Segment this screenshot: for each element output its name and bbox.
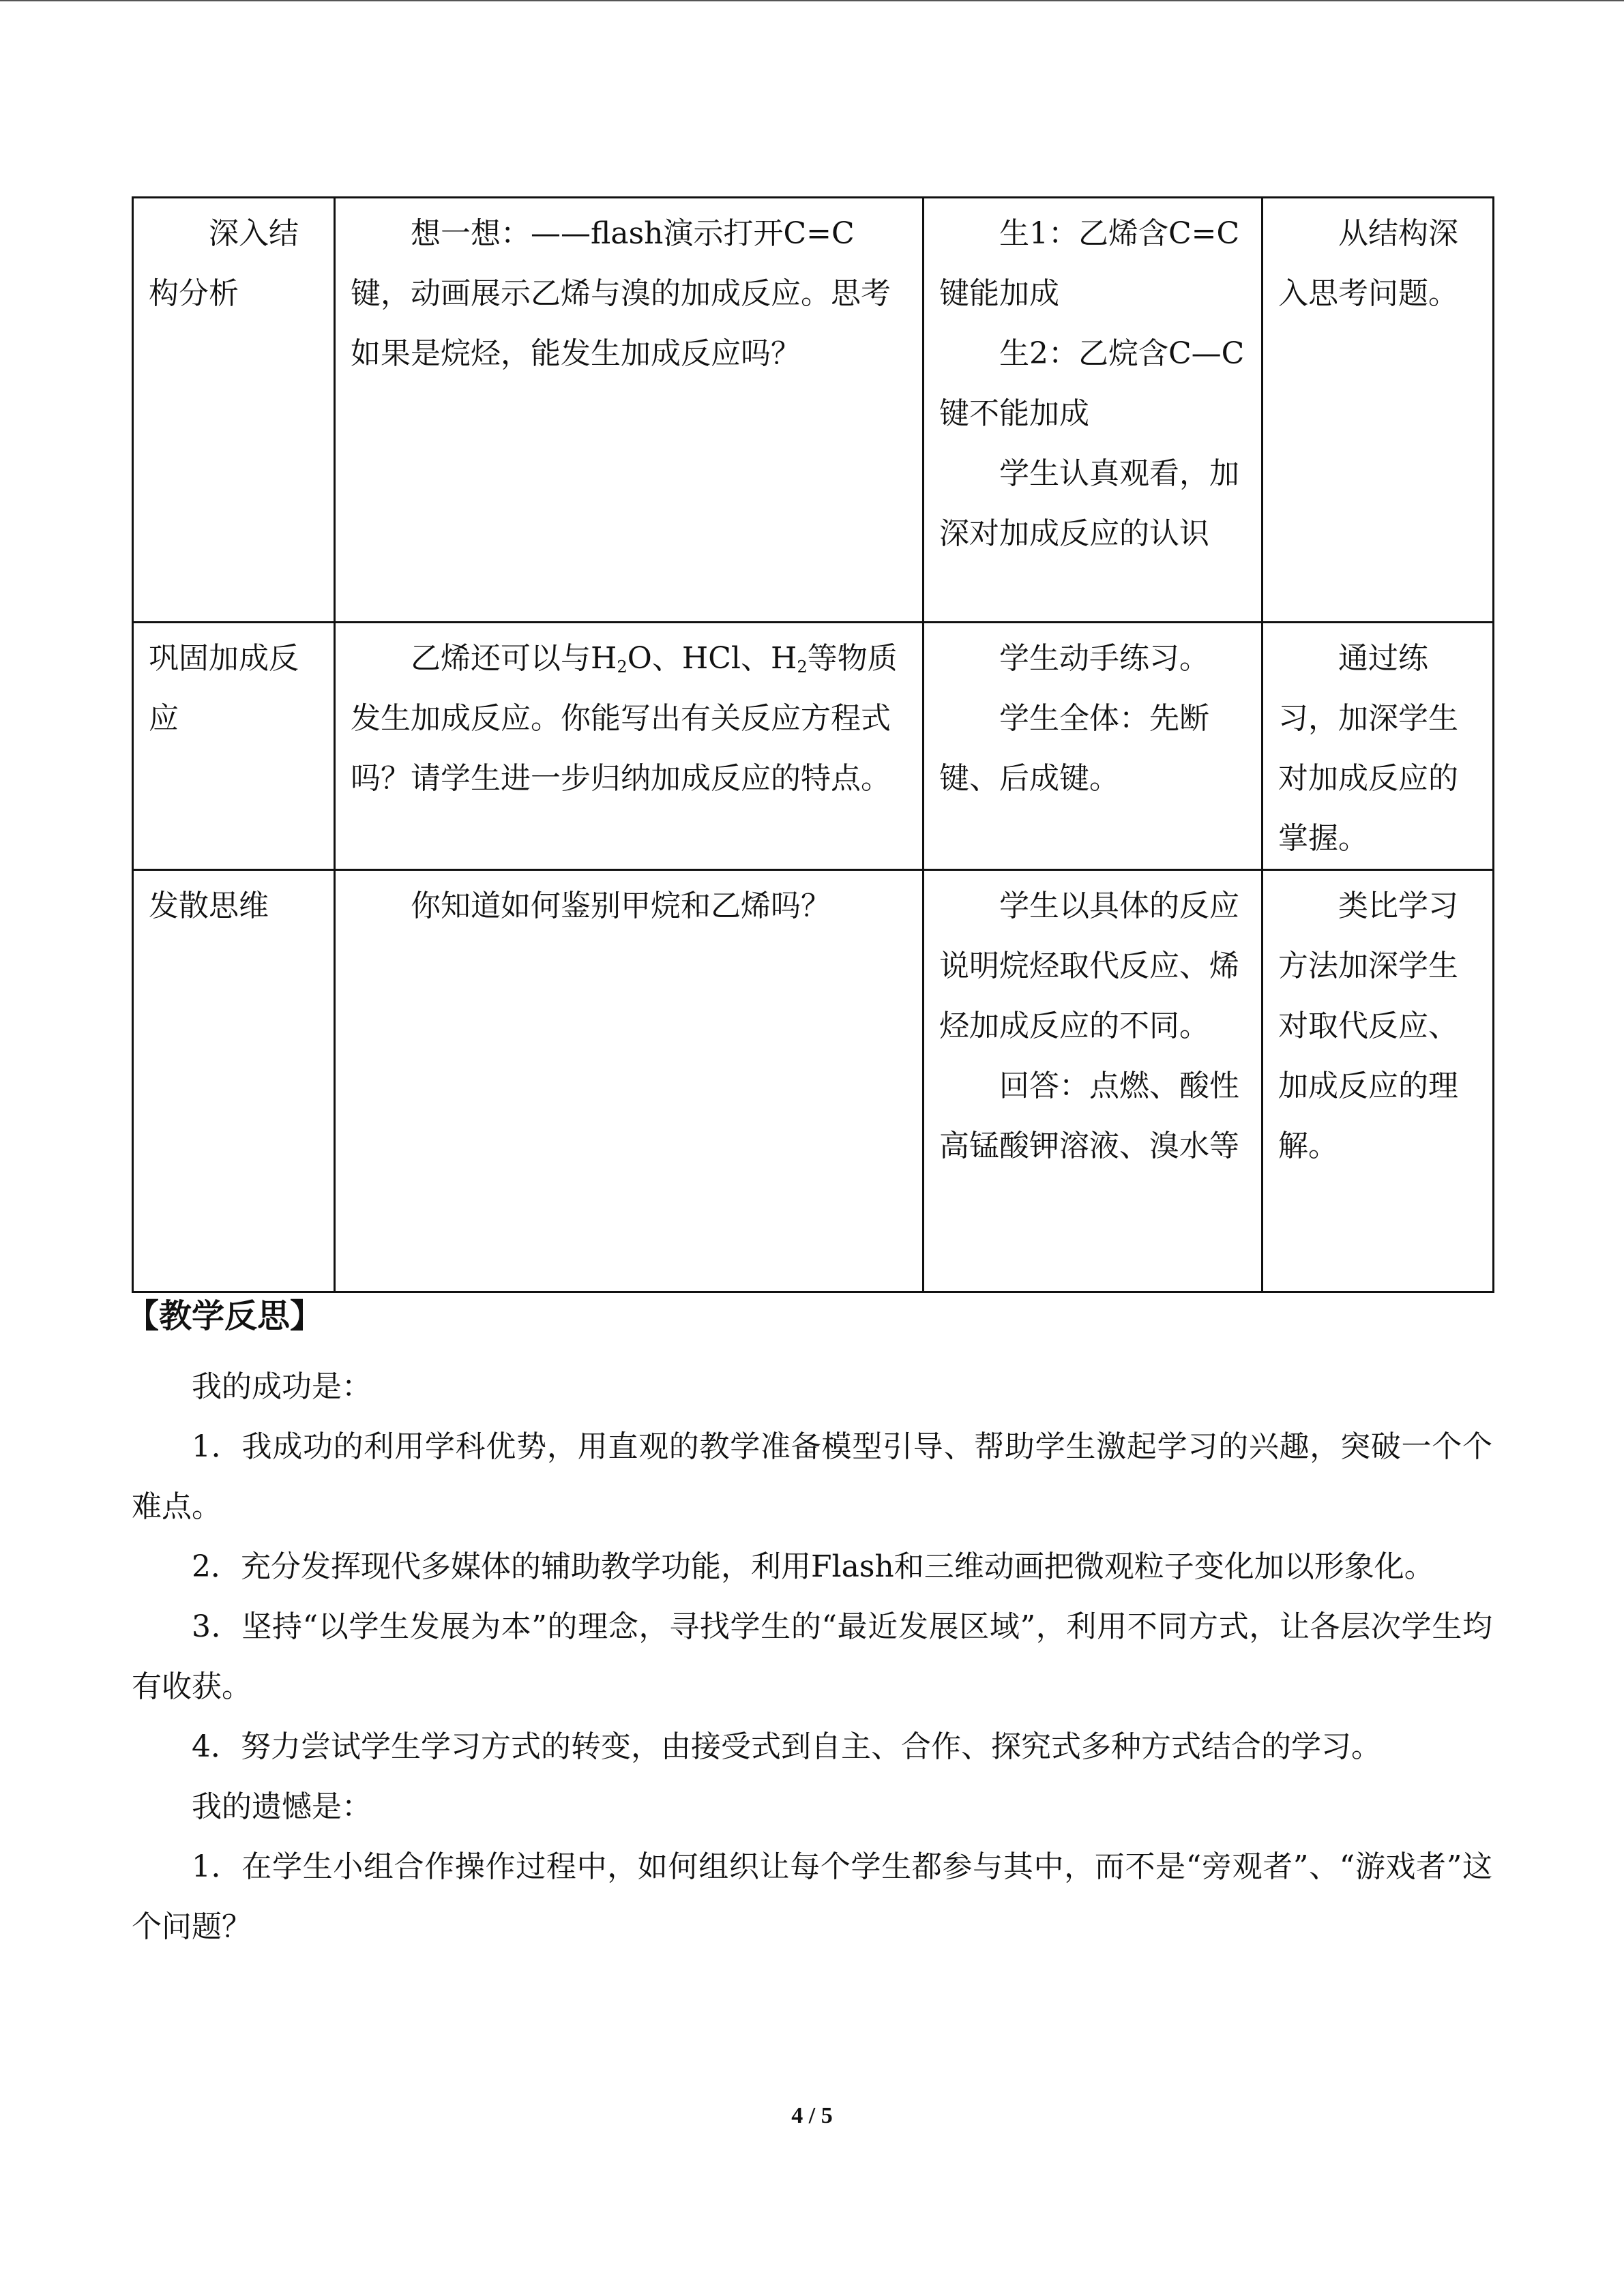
lesson-plan-table: 深入结构分析 想一想：——flash演示打开C=C键，动画展示乙烯与溴的加成反应… (132, 196, 1494, 1293)
design-intent-cell: 通过练习，加深学生对加成反应的掌握。 (1263, 623, 1494, 870)
design-intent-text: 从结构深入思考问题。 (1278, 204, 1479, 324)
student-activity-text: 生2：乙烷含C—C键不能加成 (939, 324, 1247, 444)
student-activity-cell: 学生动手练习。 学生全体：先断键、后成键。 (924, 623, 1263, 870)
table-row: 巩固加成反应 乙烯还可以与H2O、HCl、H2等物质发生加成反应。你能写出有关反… (133, 623, 1494, 870)
success-item: 3．坚持“以学生发展为本”的理念，寻找学生的“最近发展区域”，利用不同方式，让各… (132, 1597, 1492, 1717)
student-activity-text: 回答：点燃、酸性高锰酸钾溶液、溴水等 (939, 1056, 1247, 1176)
stage-label: 巩固加成反应 (149, 629, 320, 749)
page-number: 4 / 5 (0, 2103, 1624, 2129)
teaching-reflection-section: 【教学反思】 我的成功是： 1．我成功的利用学科优势，用直观的教学准备模型引导、… (132, 1289, 1492, 1957)
stage-cell: 发散思维 (133, 870, 335, 1292)
design-intent-text: 通过练习，加深学生对加成反应的掌握。 (1278, 629, 1479, 869)
teacher-activity-text: 乙烯还可以与H2O、HCl、H2等物质发生加成反应。你能写出有关反应方程式吗？请… (351, 629, 909, 809)
stage-label: 深入结构分析 (149, 204, 320, 324)
success-item: 4．努力尝试学生学习方式的转变，由接受式到自主、合作、探究式多种方式结合的学习。 (132, 1717, 1492, 1777)
stage-cell: 巩固加成反应 (133, 623, 335, 870)
table-row: 发散思维 你知道如何鉴别甲烷和乙烯吗？ 学生以具体的反应说明烷烃取代反应、烯烃加… (133, 870, 1494, 1292)
teacher-activity-text: 你知道如何鉴别甲烷和乙烯吗？ (351, 876, 909, 936)
student-activity-cell: 生1：乙烯含C=C键能加成 生2：乙烷含C—C键不能加成 学生认真观看，加深对加… (924, 198, 1263, 623)
student-activity-text: 学生动手练习。 (939, 629, 1247, 689)
success-item: 1．我成功的利用学科优势，用直观的教学准备模型引导、帮助学生激起学习的兴趣，突破… (132, 1417, 1492, 1537)
teacher-activity-text: 想一想：——flash演示打开C=C键，动画展示乙烯与溴的加成反应。思考如果是烷… (351, 204, 909, 384)
student-activity-text: 学生全体：先断键、后成键。 (939, 689, 1247, 809)
design-intent-cell: 类比学习方法加深学生对取代反应、加成反应的理解。 (1263, 870, 1494, 1292)
design-intent-text: 类比学习方法加深学生对取代反应、加成反应的理解。 (1278, 876, 1479, 1176)
teacher-activity-cell: 乙烯还可以与H2O、HCl、H2等物质发生加成反应。你能写出有关反应方程式吗？请… (335, 623, 924, 870)
success-heading: 我的成功是： (132, 1357, 1492, 1417)
student-activity-text: 学生以具体的反应说明烷烃取代反应、烯烃加成反应的不同。 (939, 876, 1247, 1056)
table-row: 深入结构分析 想一想：——flash演示打开C=C键，动画展示乙烯与溴的加成反应… (133, 198, 1494, 623)
regret-item: 1．在学生小组合作操作过程中，如何组织让每个学生都参与其中，而不是“旁观者”、“… (132, 1837, 1492, 1957)
section-heading: 【教学反思】 (126, 1289, 1492, 1343)
teacher-activity-cell: 你知道如何鉴别甲烷和乙烯吗？ (335, 870, 924, 1292)
stage-label: 发散思维 (149, 876, 320, 936)
student-activity-cell: 学生以具体的反应说明烷烃取代反应、烯烃加成反应的不同。 回答：点燃、酸性高锰酸钾… (924, 870, 1263, 1292)
teacher-activity-cell: 想一想：——flash演示打开C=C键，动画展示乙烯与溴的加成反应。思考如果是烷… (335, 198, 924, 623)
page-top-border (0, 0, 1624, 1)
stage-cell: 深入结构分析 (133, 198, 335, 623)
success-item: 2．充分发挥现代多媒体的辅助教学功能，利用Flash和三维动画把微观粒子变化加以… (132, 1537, 1492, 1597)
design-intent-cell: 从结构深入思考问题。 (1263, 198, 1494, 623)
regret-heading: 我的遗憾是： (132, 1777, 1492, 1837)
student-activity-text: 学生认真观看，加深对加成反应的认识 (939, 444, 1247, 564)
student-activity-text: 生1：乙烯含C=C键能加成 (939, 204, 1247, 324)
